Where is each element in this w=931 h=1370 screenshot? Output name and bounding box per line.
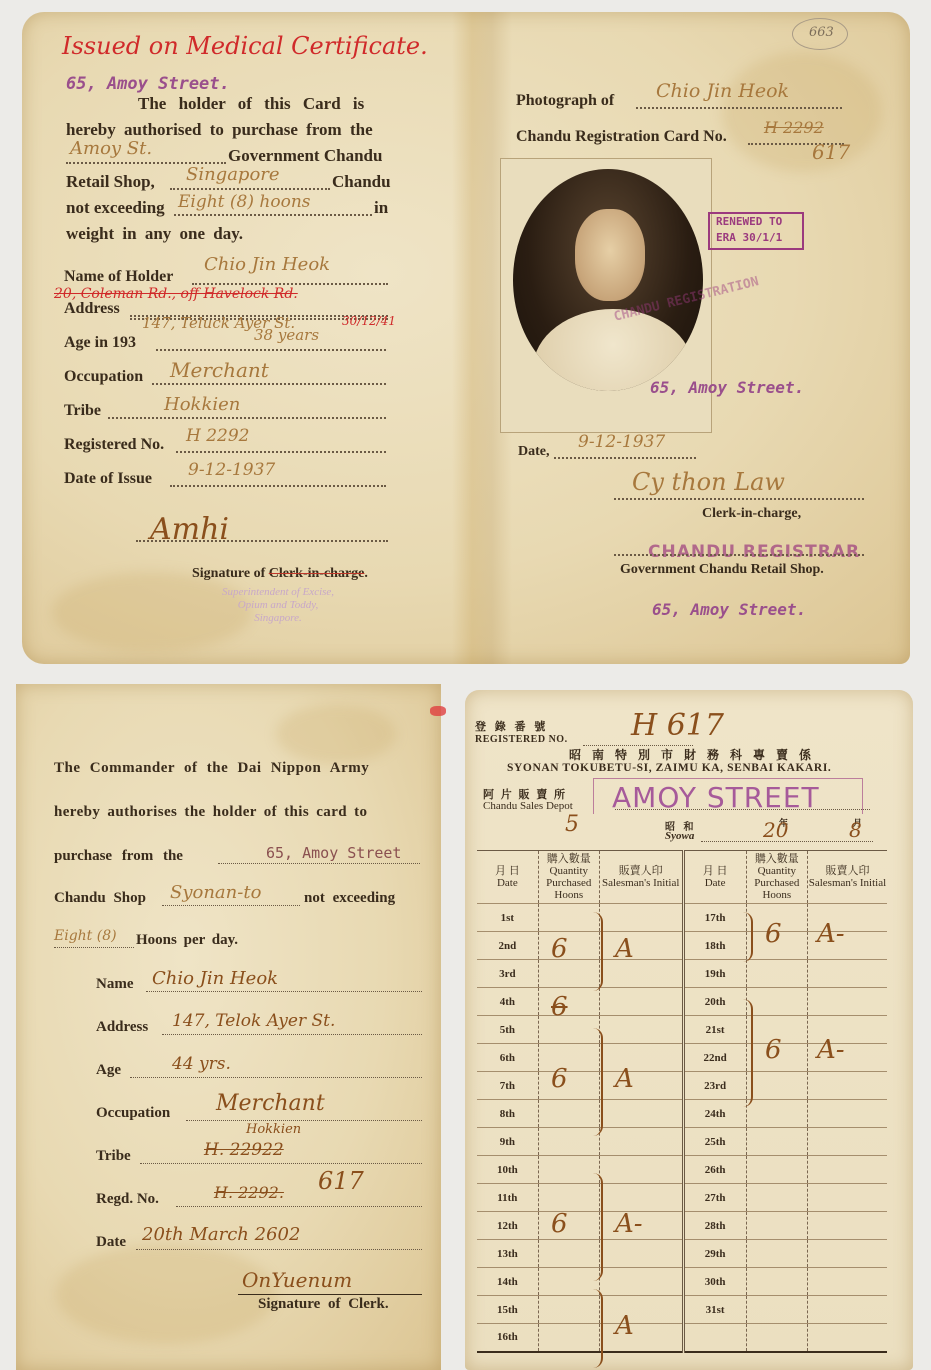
address-stamp: 65, Amoy Street. — [66, 74, 230, 94]
log-cell-initial — [599, 932, 683, 960]
medical-certificate-annotation: Issued on Medical Certificate. — [62, 32, 428, 60]
log-cell-initial — [807, 988, 887, 1016]
log-row: 8th24th — [477, 1100, 887, 1128]
log-cell-qty — [538, 1128, 599, 1156]
log-cell-day: 22nd — [683, 1044, 746, 1072]
entry-salesman-initial: A- — [615, 1209, 643, 1239]
date-field: Date, 9-12-1937 — [518, 444, 818, 466]
era-label: Syowa — [665, 830, 694, 842]
entry-brace — [743, 999, 753, 1107]
log-cell-day: 19th — [683, 960, 746, 988]
log-cell-initial — [807, 1296, 887, 1324]
log-cell-day: 16th — [477, 1324, 538, 1352]
log-cell-initial — [807, 1240, 887, 1268]
jp-field-address: Address 147, Telok Ayer St. — [96, 1019, 426, 1041]
month-value: 8 — [849, 818, 862, 842]
log-cell-qty — [538, 1156, 599, 1184]
col-quantity-right: 購入數量Quantity Purchased Hoons — [746, 851, 807, 904]
log-cell-day: 20th — [683, 988, 746, 1016]
log-cell-qty — [746, 1240, 807, 1268]
log-cell-initial — [599, 1100, 683, 1128]
field-address: 20, Coleman Rd., off Havelock Rd. Addres… — [64, 300, 414, 330]
log-cell-day: 1st — [477, 904, 538, 932]
jp-field-date: Date 20th March 2602 — [96, 1234, 426, 1256]
entry-quantity: 6 — [551, 1209, 568, 1239]
intro-line-2: hereby authorised to purchase from the — [66, 120, 373, 140]
page-number-circle: 663 — [792, 18, 848, 50]
log-cell-day: 3rd — [477, 960, 538, 988]
field-registered-no: Registered No. H 2292 — [64, 436, 390, 458]
margin-note: 5 — [565, 812, 579, 837]
log-cell-day: 17th — [683, 904, 746, 932]
log-cell-day: 21st — [683, 1016, 746, 1044]
entry-brace — [593, 1289, 603, 1368]
log-cell-day: 25th — [683, 1128, 746, 1156]
log-cell-initial — [807, 1324, 887, 1352]
jp-chandu-shop-field: Chandu Shop Syonan-to not exceeding — [54, 890, 424, 912]
entry-quantity: 6 — [551, 1064, 568, 1094]
entry-brace — [593, 1173, 603, 1281]
log-cell-day: 11th — [477, 1184, 538, 1212]
log-cell-qty — [538, 988, 599, 1016]
log-cell-initial — [807, 1128, 887, 1156]
log-cell-day: 30th — [683, 1268, 746, 1296]
log-cell-day: 23rd — [683, 1072, 746, 1100]
log-cell-day: 4th — [477, 988, 538, 1016]
col-quantity-left: 購入數量Quantity Purchased Hoons — [538, 851, 599, 904]
log-cell-qty — [746, 1212, 807, 1240]
col-date-right: 月 日Date — [683, 851, 746, 904]
log-cell-day: 15th — [477, 1296, 538, 1324]
log-cell-qty — [746, 1156, 807, 1184]
limit-field: not exceeding Eight (8) hoons in — [66, 198, 392, 220]
jp-signature-label: Signature of Clerk. — [258, 1296, 389, 1313]
signature-line — [136, 540, 388, 542]
jp-hoons-limit-field: Eight (8) Hoons per day. — [54, 932, 424, 954]
log-cell-day: 13th — [477, 1240, 538, 1268]
jp-intro-line-1: The Commander of the Dai Nippon Army — [54, 760, 369, 777]
field-age: Age in 193 38 years — [64, 334, 390, 356]
log-cell-day: 14th — [477, 1268, 538, 1296]
log-row: 10th26th — [477, 1156, 887, 1184]
log-cell-initial — [599, 1128, 683, 1156]
log-cell-qty — [538, 1296, 599, 1324]
entry-salesman-initial: A — [615, 934, 634, 964]
log-cell-initial — [807, 960, 887, 988]
log-cell-day: 29th — [683, 1240, 746, 1268]
log-cell-qty — [538, 904, 599, 932]
log-cell-initial — [599, 1324, 683, 1352]
log-row: 9th25th — [477, 1128, 887, 1156]
jp-field-name: Name Chio Jin Heok — [96, 976, 426, 998]
log-cell-day: 5th — [477, 1016, 538, 1044]
log-cell-initial — [599, 960, 683, 988]
log-cell-qty — [746, 960, 807, 988]
red-mark — [430, 706, 446, 716]
chandu-registrar-stamp: CHANDU REGISTRAR — [648, 542, 860, 562]
clerk-in-charge-label: Clerk-in-charge, — [702, 506, 801, 522]
log-cell-initial — [599, 1296, 683, 1324]
log-cell-initial — [807, 1184, 887, 1212]
log-cell-qty — [538, 1072, 599, 1100]
chandu-purchase-log: 登 錄 番 號 REGISTERED NO. H 617 昭 南 特 別 市 財… — [465, 690, 913, 1370]
office-kanji: 昭 南 特 別 市 財 務 科 專 賣 係 — [569, 746, 815, 763]
jp-field-regd-no: Regd. No. H. 2292. 617 — [96, 1191, 426, 1213]
entry-salesman-initial: A- — [817, 1035, 845, 1065]
log-cell-qty — [746, 1268, 807, 1296]
log-row: 14th30th — [477, 1268, 887, 1296]
log-cell-day — [683, 1324, 746, 1352]
jp-intro-line-2: hereby authorises the holder of this car… — [54, 804, 367, 821]
col-initial-right: 販賣人印Salesman's Initial — [807, 851, 887, 904]
log-cell-day: 6th — [477, 1044, 538, 1072]
jp-signature-line — [238, 1294, 422, 1295]
log-cell-day: 24th — [683, 1100, 746, 1128]
log-row: 15th31st — [477, 1296, 887, 1324]
intro-line-6: weight in any one day. — [66, 224, 243, 244]
log-cell-qty — [538, 1268, 599, 1296]
log-cell-initial — [807, 1156, 887, 1184]
registration-card-no-field: Chandu Registration Card No. H 2292 617 — [516, 128, 896, 150]
field-tribe: Tribe Hokkien — [64, 402, 390, 424]
log-cell-initial — [599, 904, 683, 932]
jp-field-age: Age 44 yrs. — [96, 1062, 426, 1084]
chandu-registration-card-1937: Issued on Medical Certificate. 65, Amoy … — [22, 12, 910, 664]
amoy-street-depot-stamp: AMOY STREET — [593, 778, 863, 814]
log-cell-day: 18th — [683, 932, 746, 960]
log-row: 16th — [477, 1324, 887, 1352]
log-cell-day: 10th — [477, 1156, 538, 1184]
log-cell-qty — [746, 1324, 807, 1352]
log-cell-qty — [538, 1184, 599, 1212]
entry-quantity: 6 — [765, 1035, 782, 1065]
clerk-signature-line — [614, 498, 864, 500]
log-cell-qty — [538, 1324, 599, 1352]
dai-nippon-chandu-card: The Commander of the Dai Nippon Army her… — [16, 684, 441, 1370]
log-row: 3rd19th — [477, 960, 887, 988]
log-cell-day: 7th — [477, 1072, 538, 1100]
log-cell-qty — [538, 1100, 599, 1128]
jp-field-tribe: Tribe Hokkien H. 22922 — [96, 1148, 426, 1170]
log-cell-qty — [538, 932, 599, 960]
log-cell-initial — [807, 1212, 887, 1240]
entry-salesman-initial: A — [615, 1064, 634, 1094]
log-cell-day: 27th — [683, 1184, 746, 1212]
jp-purchase-from-field: purchase from the 65, Amoy Street — [54, 848, 424, 870]
log-row: 12th28th — [477, 1212, 887, 1240]
depot-label: Chandu Sales Depot — [483, 800, 573, 812]
log-cell-qty — [746, 1184, 807, 1212]
log-cell-qty — [538, 1016, 599, 1044]
log-cell-initial — [599, 1072, 683, 1100]
log-cell-day: 26th — [683, 1156, 746, 1184]
log-cell-qty — [746, 1072, 807, 1100]
clerk-signature: Cy thon Law — [632, 468, 785, 496]
entry-brace — [743, 912, 753, 962]
log-cell-qty — [538, 1212, 599, 1240]
entry-brace — [593, 912, 603, 991]
photograph-of-field: Photograph of Chio Jin Heok — [516, 92, 886, 114]
year-value: 20 — [763, 818, 788, 842]
log-cell-initial — [807, 1100, 887, 1128]
shop-signature-line — [614, 554, 864, 556]
log-cell-initial — [599, 988, 683, 1016]
log-cell-initial — [599, 1240, 683, 1268]
superintendent-stamp: Superintendent of Excise, Opium and Todd… — [188, 586, 368, 625]
office-romanized: SYONAN TOKUBETU-SI, ZAIMU KA, SENBAI KAK… — [507, 762, 831, 774]
entry-salesman-initial: A — [615, 1311, 634, 1341]
field-date-of-issue: Date of Issue 9-12-1937 — [64, 470, 390, 492]
amoy-street-stamp-bottom: 65, Amoy Street. — [652, 600, 806, 619]
entry-salesman-initial: A- — [817, 919, 845, 949]
log-cell-qty — [538, 1044, 599, 1072]
col-date-left: 月 日Date — [477, 851, 538, 904]
log-cell-day: 31st — [683, 1296, 746, 1324]
jp-clerk-signature: OnYuenum — [242, 1268, 352, 1292]
log-row: 11th27th — [477, 1184, 887, 1212]
entry-brace — [593, 1028, 603, 1136]
log-row: 7th23rd — [477, 1072, 887, 1100]
log-cell-day: 28th — [683, 1212, 746, 1240]
log-cell-initial — [599, 1044, 683, 1072]
log-cell-qty — [746, 1100, 807, 1128]
log-cell-day: 9th — [477, 1128, 538, 1156]
log-cell-qty — [746, 1296, 807, 1324]
log-cell-initial — [599, 1184, 683, 1212]
log-cell-qty — [746, 988, 807, 1016]
signature-caption: Signature of Clerk-in-charge. — [192, 566, 368, 582]
log-cell-qty — [538, 960, 599, 988]
log-cell-initial — [599, 1268, 683, 1296]
retail-shop-field: Retail Shop, Singapore Chandu — [66, 172, 392, 194]
log-row: 13th29th — [477, 1240, 887, 1268]
field-occupation: Occupation Merchant — [64, 368, 390, 390]
log-cell-day: 2nd — [477, 932, 538, 960]
log-row: 4th20th — [477, 988, 887, 1016]
log-cell-qty — [746, 1128, 807, 1156]
col-initial-left: 販賣人印Salesman's Initial — [599, 851, 683, 904]
renewed-stamp: RENEWED TO ERA 30/1/1 — [708, 212, 804, 250]
log-cell-initial — [807, 1268, 887, 1296]
entry-quantity: 6 — [551, 992, 568, 1022]
log-cell-initial — [599, 1156, 683, 1184]
intro-line-1: The holder of this Card is — [138, 94, 364, 114]
log-cell-initial — [807, 1072, 887, 1100]
entry-quantity: 6 — [765, 919, 782, 949]
log-cell-day: 12th — [477, 1212, 538, 1240]
government-shop-label: Government Chandu Retail Shop. — [620, 562, 824, 578]
entry-quantity: 6 — [551, 934, 568, 964]
amoy-street-stamp: 65, Amoy Street. — [650, 378, 804, 397]
log-cell-initial — [599, 1016, 683, 1044]
log-cell-day: 8th — [477, 1100, 538, 1128]
log-cell-qty — [538, 1240, 599, 1268]
